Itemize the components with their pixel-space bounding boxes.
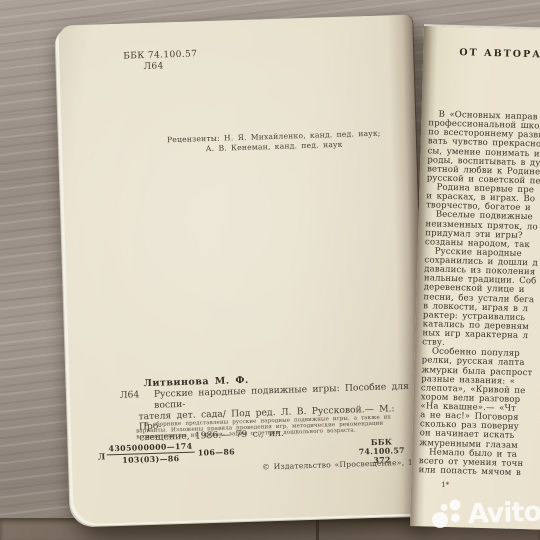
avito-logo-circle-bottom-right — [451, 513, 460, 522]
left-book-page: ББК 74.100.57 Л64 Рецензенты: Н. Я. Миха… — [58, 15, 427, 525]
catalog-index-tail: 106—86 — [198, 447, 236, 457]
right-book-page: ОТ АВТОРА В «Основных направпрофессионал… — [410, 26, 540, 530]
avito-watermark: Avito — [431, 496, 540, 540]
author-sign-code: Л64 — [143, 60, 197, 72]
avito-logo-icon — [431, 499, 466, 534]
catalog-series-letter: Л — [98, 452, 106, 462]
avito-brand-text: Avito — [467, 498, 540, 528]
avito-logo-circle-top-right — [449, 499, 460, 510]
catalog-entry-code: Л64 — [120, 390, 140, 401]
bbk-classification-top: ББК 74.100.57 Л64 — [123, 49, 198, 72]
catalog-index-fraction: 4305000000—174 103(03)—86 — [106, 442, 195, 466]
bbk-bottom-code: ББК 74.100.57 — [349, 437, 414, 457]
avito-logo-circle-small — [440, 504, 447, 511]
book-photo-scene: ББК 74.100.57 Л64 Рецензенты: Н. Я. Миха… — [0, 0, 540, 540]
foreword-text-column: В «Основных направпрофессиональной школп… — [418, 110, 540, 478]
wood-plank-seam — [316, 518, 319, 540]
avito-logo-circle-large — [432, 512, 449, 529]
signature-mark: 1* — [441, 481, 449, 489]
chapter-heading: ОТ АВТОРА — [459, 47, 540, 60]
catalog-index-denominator: 103(03)—86 — [107, 453, 195, 466]
copyright-line: © Издательство «Просвещение», 1986 — [262, 457, 428, 471]
reviewers-block: Рецензенты: Н. Я. Михайленко, канд. пед.… — [166, 129, 383, 156]
